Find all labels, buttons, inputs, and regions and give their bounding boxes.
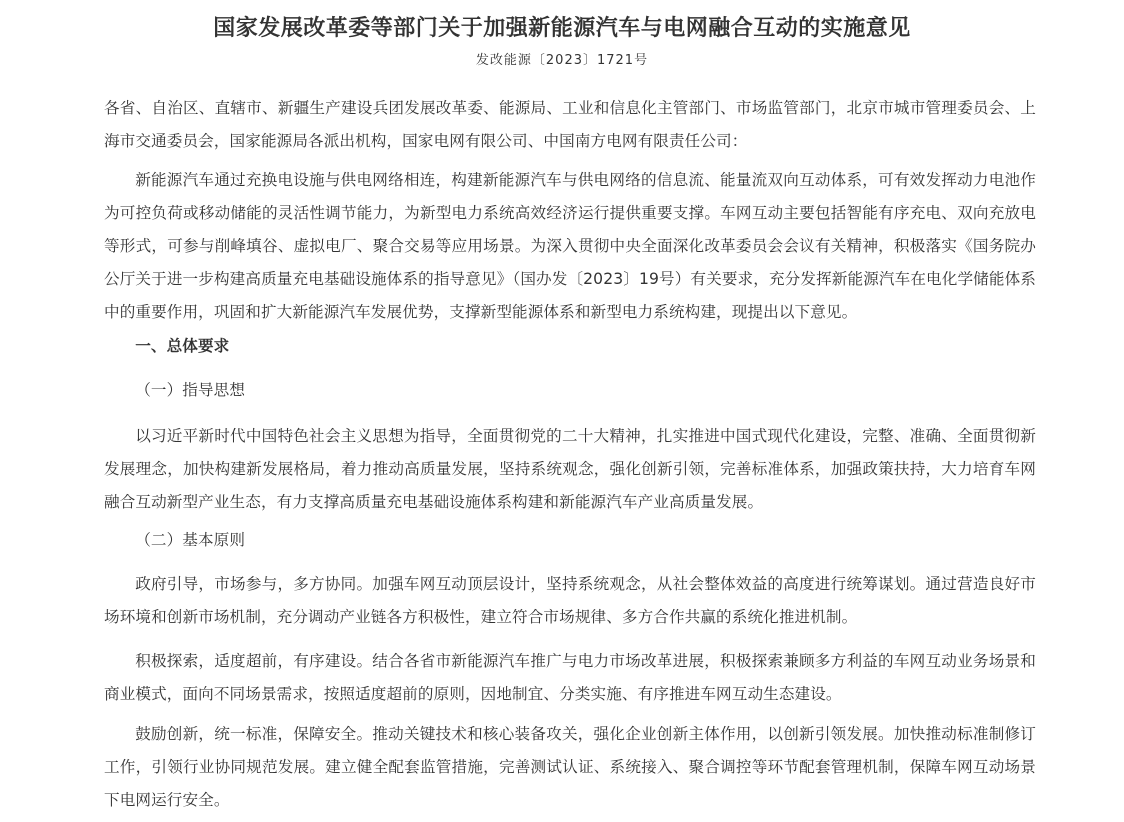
section-heading-general-requirements: 一、总体要求 [104, 330, 1036, 363]
principle-paragraph: 鼓励创新，统一标准，保障安全。推动关键技术和核心装备攻关，强化企业创新主体作用，… [104, 718, 1036, 817]
document-number: 发改能源〔2023〕1721号 [0, 50, 1124, 72]
guiding-thought-paragraph: 以习近平新时代中国特色社会主义思想为指导，全面贯彻党的二十大精神，扎实推进中国式… [104, 420, 1036, 519]
principle-paragraph: 政府引导，市场参与，多方协同。加强车网互动顶层设计，坚持系统观念，从社会整体效益… [104, 568, 1036, 634]
addressees-paragraph: 各省、自治区、直辖市、新疆生产建设兵团发展改革委、能源局、工业和信息化主管部门、… [104, 92, 1036, 158]
principle-paragraph: 积极探索，适度超前，有序建设。结合各省市新能源汽车推广与电力市场改革进展，积极探… [104, 645, 1036, 711]
subsection-heading-guiding-thought: （一）指导思想 [104, 374, 1036, 407]
subsection-heading-basic-principles: （二）基本原则 [104, 524, 1036, 557]
document-title: 国家发展改革委等部门关于加强新能源汽车与电网融合互动的实施意见 [0, 12, 1124, 44]
intro-paragraph: 新能源汽车通过充换电设施与供电网络相连，构建新能源汽车与供电网络的信息流、能量流… [104, 164, 1036, 329]
